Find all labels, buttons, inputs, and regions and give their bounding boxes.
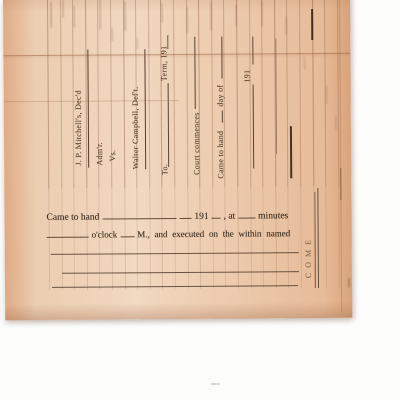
ruled-line (249, 0, 252, 288)
ink-bleed-mark (186, 7, 188, 33)
term-to-label: To. (160, 164, 169, 175)
return-year: 191 (194, 212, 208, 222)
ink-bleed-mark (99, 0, 101, 30)
return-oclock: o'clock (92, 229, 118, 239)
ruled-line (275, 38, 277, 154)
ruled-line (236, 0, 239, 289)
defendant-name: Walter Campbell, Def't. (131, 86, 141, 169)
ink-bleed-mark (235, 5, 237, 27)
ink-bleed-mark (348, 278, 350, 288)
ink-bleed-mark (335, 116, 337, 130)
ruled-line (324, 0, 327, 288)
ruled-line (286, 0, 289, 288)
ink-bleed-mark (73, 6, 75, 28)
ruled-line (252, 36, 253, 64)
ruled-line (47, 0, 50, 290)
return-line-2: o'clock M., and executed on the within n… (47, 226, 305, 240)
ruled-line (60, 0, 63, 290)
ruled-line (311, 9, 313, 40)
term-label: Term, 191 (159, 46, 168, 82)
ink-bleed-mark (136, 37, 138, 49)
blank-field (211, 209, 220, 219)
ruled-line (87, 50, 89, 168)
return-at: , at (224, 212, 236, 222)
ruled-line (317, 188, 319, 288)
ruled-line (221, 37, 222, 79)
return-came-to-hand: Came to hand (47, 213, 100, 223)
ink-bleed-mark (161, 3, 163, 23)
ink-bleed-mark (111, 27, 113, 41)
ruled-line (299, 0, 302, 288)
return-minutes: minutes (258, 211, 288, 221)
ruled-line (186, 0, 189, 289)
return-executed: M., and executed on the within named (137, 228, 290, 239)
ruled-line (194, 37, 196, 109)
ruled-line (314, 192, 316, 288)
ruled-line (222, 111, 223, 123)
ruled-line (173, 0, 176, 289)
ink-bleed-mark (124, 1, 126, 31)
versus-label: Vs. (108, 150, 117, 162)
ink-bleed-mark (210, 1, 212, 31)
ruled-line (110, 0, 113, 289)
ruled-line (211, 0, 214, 289)
day-of-label: day of (216, 85, 225, 107)
came-to-hand-label: Came to hand (216, 131, 225, 179)
ink-bleed-mark (261, 0, 263, 26)
fold-crease (4, 100, 179, 102)
ruled-line (160, 0, 163, 289)
ink-bleed-mark (285, 16, 287, 34)
ink-bleed-mark (50, 2, 52, 28)
ink-bleed-mark (62, 0, 64, 18)
edge-word: COME (304, 235, 313, 278)
ruled-line (168, 83, 170, 167)
ruled-line (253, 84, 255, 168)
fold-crease (3, 53, 350, 56)
backdrop-smudge (211, 383, 220, 385)
ink-bleed-mark (326, 86, 328, 104)
return-section: Came to hand 191 , at minutes o'clock M.… (46, 208, 304, 240)
return-line-1: Came to hand 191 , at minutes (46, 208, 304, 223)
blank-field (47, 228, 89, 238)
ruled-line (123, 0, 126, 289)
blank-field (238, 208, 255, 218)
paper: J. P. Mitchell's, Dec'd Adm'r. Vs. Walte… (3, 0, 352, 320)
scanned-document-photo: J. P. Mitchell's, Dec'd Adm'r. Vs. Walte… (0, 0, 400, 400)
ruled-line (144, 49, 146, 169)
plaintiff-role: Adm'r. (95, 142, 104, 166)
ruled-line (261, 0, 264, 288)
plaintiff-name: J. P. Mitchell's, Dec'd (74, 90, 84, 166)
blank-field (102, 209, 176, 220)
ink-bleed-mark (303, 56, 305, 70)
court-commences-label: Court commences (192, 112, 201, 175)
blank-field (120, 227, 134, 237)
ruled-line (290, 126, 292, 178)
ruled-line (148, 0, 151, 289)
year-blank-label: 191 (243, 70, 252, 83)
blank-field (179, 209, 191, 219)
